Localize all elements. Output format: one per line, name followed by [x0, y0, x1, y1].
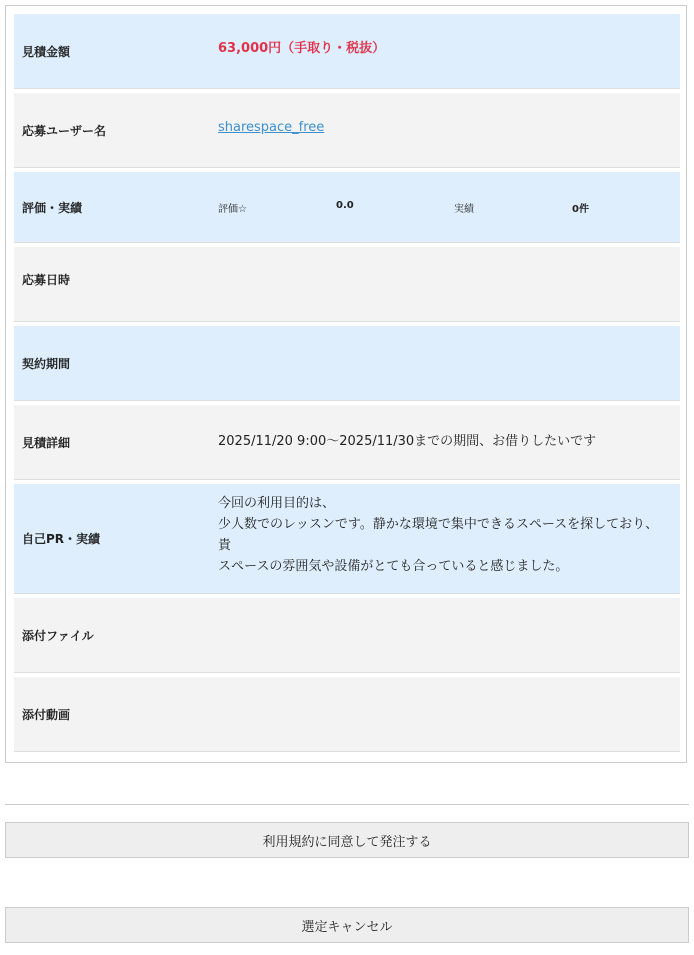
rating-label: 評価☆ [218, 200, 336, 215]
agree-and-order-button[interactable]: 利用規約に同意して発注する [5, 822, 689, 858]
rating-record-values: 評価☆ 0.0 実績 0件 [218, 200, 694, 215]
row-rating-record: 評価・実績 評価☆ 0.0 実績 0件 [14, 172, 680, 243]
row-self-pr: 自己PR・実績 今回の利用目的は、 少人数でのレッスンです。静かな環境で集中でき… [14, 484, 680, 594]
self-pr-value: 今回の利用目的は、 少人数でのレッスンです。静かな環境で集中できるスペースを探し… [218, 493, 680, 577]
row-estimate-amount: 見積金額 63,000円（手取り・税抜） [14, 14, 680, 89]
self-pr-line: 少人数でのレッスンです。静かな環境で集中できるスペースを探しており、貴 [218, 514, 664, 556]
label-estimate-detail: 見積詳細 [14, 434, 218, 451]
row-contract-period: 契約期間 [14, 326, 680, 401]
estimate-detail-value: 2025/11/20 9:00〜2025/11/30までの期間、お借りしたいです [218, 430, 680, 449]
label-contract-period: 契約期間 [14, 355, 218, 372]
row-applicant-username: 応募ユーザー名 sharespace_free [14, 93, 680, 168]
row-estimate-detail: 見積詳細 2025/11/20 9:00〜2025/11/30までの期間、お借り… [14, 405, 680, 480]
applicant-username-link[interactable]: sharespace_free [218, 120, 324, 135]
record-label: 実績 [454, 200, 572, 215]
label-applicant-username: 応募ユーザー名 [14, 122, 218, 139]
label-attached-video: 添付動画 [14, 706, 218, 723]
proposal-detail-panel: 見積金額 63,000円（手取り・税抜） 応募ユーザー名 sharespace_… [5, 5, 687, 763]
detail-table: 見積金額 63,000円（手取り・税抜） 応募ユーザー名 sharespace_… [14, 14, 680, 756]
row-attached-video: 添付動画 [14, 677, 680, 752]
self-pr-line: スペースの雰囲気や設備がとても合っていると感じました。 [218, 556, 664, 577]
record-value: 0件 [572, 200, 690, 215]
cancel-selection-button[interactable]: 選定キャンセル [5, 907, 689, 943]
label-attached-file: 添付ファイル [14, 627, 218, 644]
rating-value: 0.0 [336, 200, 454, 215]
divider [5, 804, 689, 805]
label-application-datetime: 応募日時 [14, 271, 218, 288]
row-application-datetime: 応募日時 [14, 247, 680, 322]
estimate-amount-value: 63,000円（手取り・税抜） [218, 37, 680, 56]
label-rating-record: 評価・実績 [14, 199, 218, 216]
label-estimate-amount: 見積金額 [14, 43, 218, 60]
self-pr-line: 今回の利用目的は、 [218, 493, 664, 514]
row-attached-file: 添付ファイル [14, 598, 680, 673]
label-self-pr: 自己PR・実績 [14, 530, 218, 547]
